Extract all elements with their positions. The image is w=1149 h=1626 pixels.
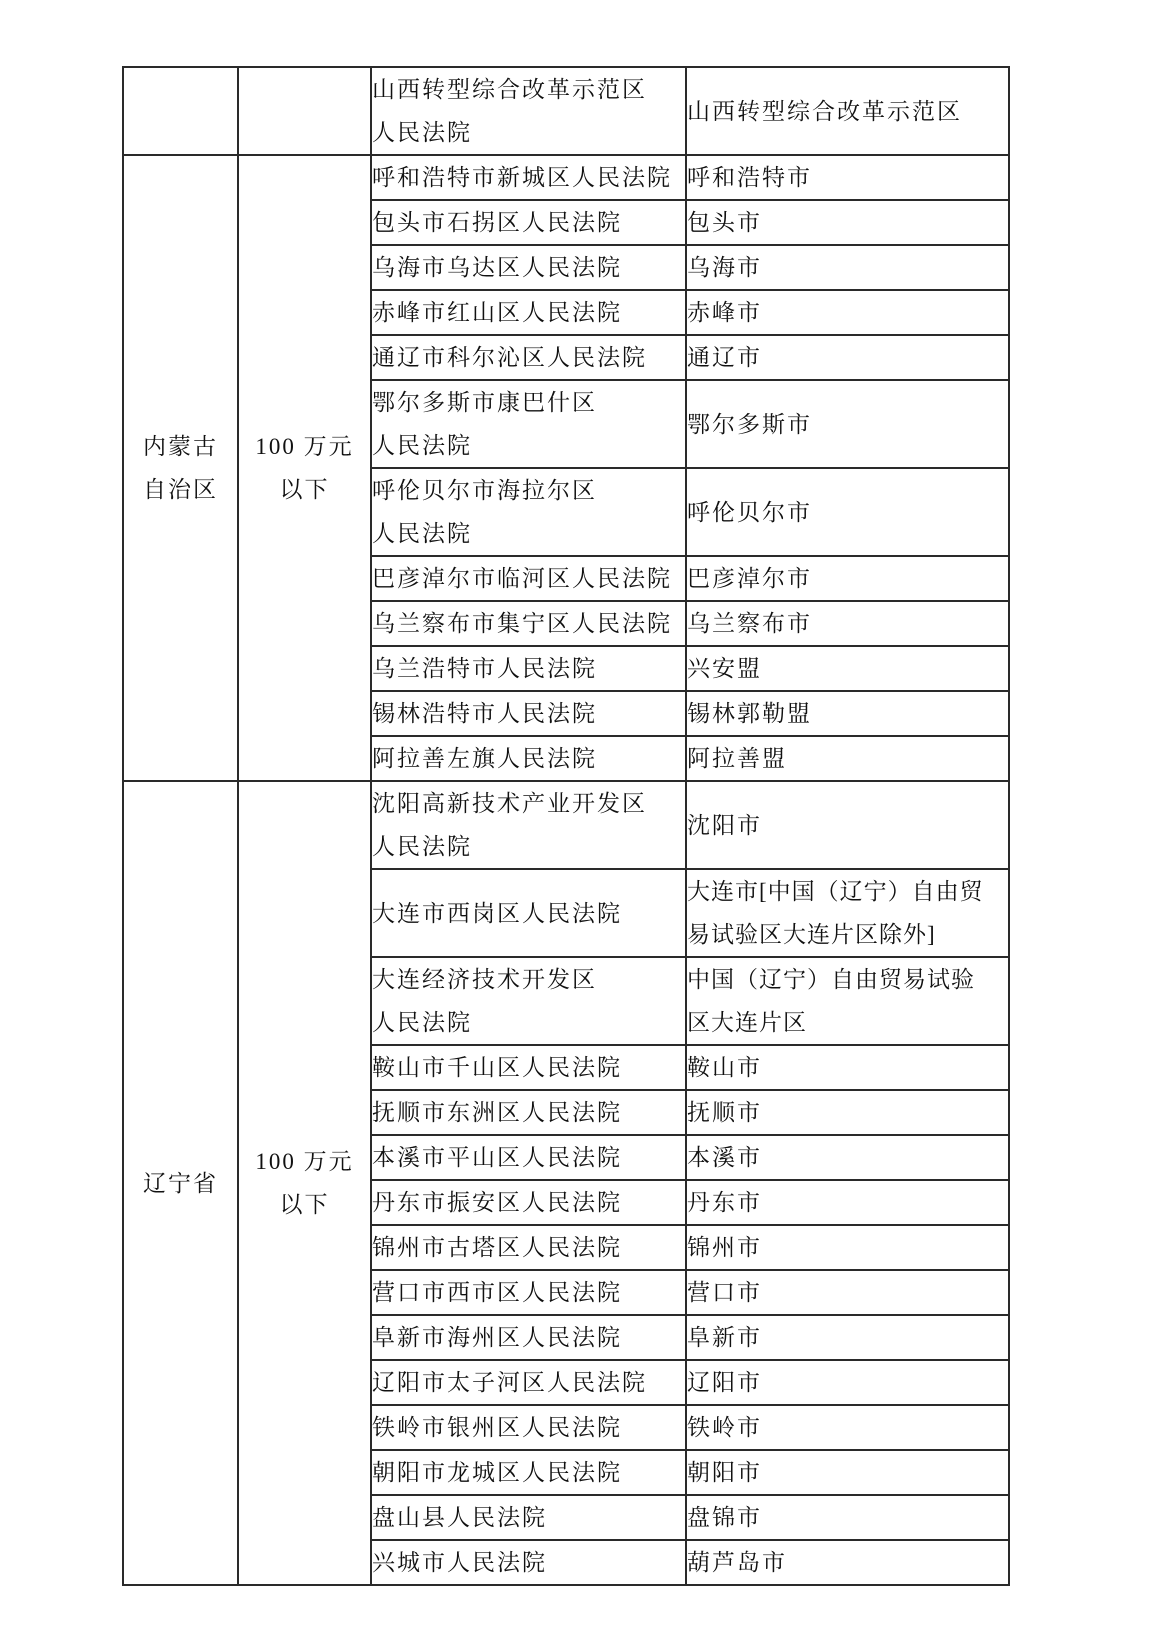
region-name-line: 葫芦岛市 bbox=[687, 1541, 1008, 1584]
table-row: 辽宁省 100 万元 以下 沈阳高新技术产业开发区 人民法院 沈阳市 bbox=[123, 781, 1009, 869]
court-name-line: 锡林浩特市人民法院 bbox=[372, 692, 685, 735]
court-cell: 阜新市海州区人民法院 bbox=[371, 1315, 686, 1360]
region-cell: 盘锦市 bbox=[686, 1495, 1009, 1540]
court-name-line: 乌海市乌达区人民法院 bbox=[372, 246, 685, 289]
region-name-line: 沈阳市 bbox=[687, 804, 1008, 847]
province-line: 内蒙古 bbox=[124, 425, 237, 468]
court-cell: 锦州市古塔区人民法院 bbox=[371, 1225, 686, 1270]
region-cell: 兴安盟 bbox=[686, 646, 1009, 691]
region-name-line: 大连市[中国（辽宁）自由贸 bbox=[687, 870, 1008, 913]
court-cell: 乌兰浩特市人民法院 bbox=[371, 646, 686, 691]
court-name-line: 大连经济技术开发区 bbox=[372, 958, 685, 1001]
region-cell: 乌海市 bbox=[686, 245, 1009, 290]
region-cell: 铁岭市 bbox=[686, 1405, 1009, 1450]
court-cell: 兴城市人民法院 bbox=[371, 1540, 686, 1585]
jurisdiction-table: 山西转型综合改革示范区 人民法院 山西转型综合改革示范区 内蒙古 自治区 100… bbox=[122, 66, 1010, 1586]
region-cell: 中国（辽宁）自由贸易试验 区大连片区 bbox=[686, 957, 1009, 1045]
court-cell: 本溪市平山区人民法院 bbox=[371, 1135, 686, 1180]
province-cell: 内蒙古 自治区 bbox=[123, 155, 238, 781]
table-row: 山西转型综合改革示范区 人民法院 山西转型综合改革示范区 bbox=[123, 67, 1009, 155]
court-name-line: 丹东市振安区人民法院 bbox=[372, 1181, 685, 1224]
threshold-cell: 100 万元 以下 bbox=[238, 781, 371, 1585]
region-name-line: 铁岭市 bbox=[687, 1406, 1008, 1449]
region-cell: 锦州市 bbox=[686, 1225, 1009, 1270]
region-name-line: 区大连片区 bbox=[687, 1001, 1008, 1044]
court-name-line: 赤峰市红山区人民法院 bbox=[372, 291, 685, 334]
region-name-line: 赤峰市 bbox=[687, 291, 1008, 334]
court-cell: 乌兰察布市集宁区人民法院 bbox=[371, 601, 686, 646]
province-cell-empty bbox=[123, 67, 238, 155]
region-cell: 呼伦贝尔市 bbox=[686, 468, 1009, 556]
court-cell: 呼和浩特市新城区人民法院 bbox=[371, 155, 686, 200]
court-cell: 包头市石拐区人民法院 bbox=[371, 200, 686, 245]
province-line: 自治区 bbox=[124, 468, 237, 511]
court-cell: 大连市西岗区人民法院 bbox=[371, 869, 686, 957]
court-name-line: 人民法院 bbox=[372, 111, 685, 154]
threshold-line: 100 万元 bbox=[239, 425, 370, 468]
court-name-line: 沈阳高新技术产业开发区 bbox=[372, 782, 685, 825]
province-cell: 辽宁省 bbox=[123, 781, 238, 1585]
court-name-line: 大连市西岗区人民法院 bbox=[372, 892, 685, 935]
court-name-line: 通辽市科尔沁区人民法院 bbox=[372, 336, 685, 379]
region-cell: 沈阳市 bbox=[686, 781, 1009, 869]
region-cell: 葫芦岛市 bbox=[686, 1540, 1009, 1585]
region-cell: 鞍山市 bbox=[686, 1045, 1009, 1090]
region-cell: 阜新市 bbox=[686, 1315, 1009, 1360]
region-name-line: 兴安盟 bbox=[687, 647, 1008, 690]
court-name-line: 山西转型综合改革示范区 bbox=[372, 68, 685, 111]
court-cell: 抚顺市东洲区人民法院 bbox=[371, 1090, 686, 1135]
court-cell: 辽阳市太子河区人民法院 bbox=[371, 1360, 686, 1405]
court-cell: 大连经济技术开发区 人民法院 bbox=[371, 957, 686, 1045]
region-cell: 阿拉善盟 bbox=[686, 736, 1009, 781]
court-cell: 盘山县人民法院 bbox=[371, 1495, 686, 1540]
region-name-line: 通辽市 bbox=[687, 336, 1008, 379]
region-cell: 辽阳市 bbox=[686, 1360, 1009, 1405]
court-cell: 巴彦淖尔市临河区人民法院 bbox=[371, 556, 686, 601]
region-cell: 本溪市 bbox=[686, 1135, 1009, 1180]
court-name-line: 人民法院 bbox=[372, 1001, 685, 1044]
region-name-line: 盘锦市 bbox=[687, 1496, 1008, 1539]
court-name-line: 锦州市古塔区人民法院 bbox=[372, 1226, 685, 1269]
court-cell: 铁岭市银州区人民法院 bbox=[371, 1405, 686, 1450]
court-name-line: 阿拉善左旗人民法院 bbox=[372, 737, 685, 780]
region-name-line: 乌兰察布市 bbox=[687, 602, 1008, 645]
court-name-line: 兴城市人民法院 bbox=[372, 1541, 685, 1584]
court-name-line: 抚顺市东洲区人民法院 bbox=[372, 1091, 685, 1134]
region-name-line: 抚顺市 bbox=[687, 1091, 1008, 1134]
region-name-line: 阿拉善盟 bbox=[687, 737, 1008, 780]
threshold-line: 100 万元 bbox=[239, 1140, 370, 1183]
court-cell: 营口市西市区人民法院 bbox=[371, 1270, 686, 1315]
court-name-line: 人民法院 bbox=[372, 825, 685, 868]
region-cell: 通辽市 bbox=[686, 335, 1009, 380]
court-cell: 丹东市振安区人民法院 bbox=[371, 1180, 686, 1225]
court-name-line: 鄂尔多斯市康巴什区 bbox=[372, 381, 685, 424]
region-name-line: 包头市 bbox=[687, 201, 1008, 244]
region-name-line: 易试验区大连片区除外] bbox=[687, 913, 1008, 956]
region-name-line: 鞍山市 bbox=[687, 1046, 1008, 1089]
court-cell: 呼伦贝尔市海拉尔区 人民法院 bbox=[371, 468, 686, 556]
court-name-line: 人民法院 bbox=[372, 424, 685, 467]
region-name-line: 朝阳市 bbox=[687, 1451, 1008, 1494]
court-name-line: 辽阳市太子河区人民法院 bbox=[372, 1361, 685, 1404]
region-cell: 抚顺市 bbox=[686, 1090, 1009, 1135]
region-cell: 巴彦淖尔市 bbox=[686, 556, 1009, 601]
region-cell: 山西转型综合改革示范区 bbox=[686, 67, 1009, 155]
region-name-line: 巴彦淖尔市 bbox=[687, 557, 1008, 600]
court-cell: 山西转型综合改革示范区 人民法院 bbox=[371, 67, 686, 155]
region-cell: 营口市 bbox=[686, 1270, 1009, 1315]
court-cell: 锡林浩特市人民法院 bbox=[371, 691, 686, 736]
region-name-line: 辽阳市 bbox=[687, 1361, 1008, 1404]
region-name-line: 山西转型综合改革示范区 bbox=[687, 90, 1008, 133]
court-name-line: 盘山县人民法院 bbox=[372, 1496, 685, 1539]
province-line: 辽宁省 bbox=[124, 1162, 237, 1205]
region-cell: 包头市 bbox=[686, 200, 1009, 245]
region-cell: 乌兰察布市 bbox=[686, 601, 1009, 646]
court-name-line: 乌兰察布市集宁区人民法院 bbox=[372, 602, 685, 645]
court-cell: 鄂尔多斯市康巴什区 人民法院 bbox=[371, 380, 686, 468]
region-name-line: 锦州市 bbox=[687, 1226, 1008, 1269]
region-cell: 呼和浩特市 bbox=[686, 155, 1009, 200]
court-name-line: 人民法院 bbox=[372, 512, 685, 555]
region-name-line: 呼伦贝尔市 bbox=[687, 491, 1008, 534]
region-name-line: 呼和浩特市 bbox=[687, 156, 1008, 199]
region-name-line: 乌海市 bbox=[687, 246, 1008, 289]
court-name-line: 包头市石拐区人民法院 bbox=[372, 201, 685, 244]
region-cell: 锡林郭勒盟 bbox=[686, 691, 1009, 736]
court-name-line: 乌兰浩特市人民法院 bbox=[372, 647, 685, 690]
court-cell: 通辽市科尔沁区人民法院 bbox=[371, 335, 686, 380]
document-page: 山西转型综合改革示范区 人民法院 山西转型综合改革示范区 内蒙古 自治区 100… bbox=[0, 0, 1149, 1626]
region-name-line: 营口市 bbox=[687, 1271, 1008, 1314]
region-name-line: 锡林郭勒盟 bbox=[687, 692, 1008, 735]
region-name-line: 丹东市 bbox=[687, 1181, 1008, 1224]
region-name-line: 中国（辽宁）自由贸易试验 bbox=[687, 958, 1008, 1001]
threshold-line: 以下 bbox=[239, 1183, 370, 1226]
region-cell: 赤峰市 bbox=[686, 290, 1009, 335]
court-cell: 阿拉善左旗人民法院 bbox=[371, 736, 686, 781]
region-cell: 大连市[中国（辽宁）自由贸 易试验区大连片区除外] bbox=[686, 869, 1009, 957]
court-cell: 乌海市乌达区人民法院 bbox=[371, 245, 686, 290]
court-name-line: 铁岭市银州区人民法院 bbox=[372, 1406, 685, 1449]
court-name-line: 朝阳市龙城区人民法院 bbox=[372, 1451, 685, 1494]
region-name-line: 阜新市 bbox=[687, 1316, 1008, 1359]
region-cell: 朝阳市 bbox=[686, 1450, 1009, 1495]
court-name-line: 巴彦淖尔市临河区人民法院 bbox=[372, 557, 685, 600]
region-cell: 丹东市 bbox=[686, 1180, 1009, 1225]
court-name-line: 本溪市平山区人民法院 bbox=[372, 1136, 685, 1179]
court-cell: 鞍山市千山区人民法院 bbox=[371, 1045, 686, 1090]
region-cell: 鄂尔多斯市 bbox=[686, 380, 1009, 468]
court-name-line: 呼伦贝尔市海拉尔区 bbox=[372, 469, 685, 512]
court-cell: 沈阳高新技术产业开发区 人民法院 bbox=[371, 781, 686, 869]
region-name-line: 本溪市 bbox=[687, 1136, 1008, 1179]
threshold-line: 以下 bbox=[239, 468, 370, 511]
region-name-line: 鄂尔多斯市 bbox=[687, 403, 1008, 446]
court-name-line: 鞍山市千山区人民法院 bbox=[372, 1046, 685, 1089]
court-name-line: 呼和浩特市新城区人民法院 bbox=[372, 156, 685, 199]
court-cell: 赤峰市红山区人民法院 bbox=[371, 290, 686, 335]
court-cell: 朝阳市龙城区人民法院 bbox=[371, 1450, 686, 1495]
table-row: 内蒙古 自治区 100 万元 以下 呼和浩特市新城区人民法院 呼和浩特市 bbox=[123, 155, 1009, 200]
threshold-cell-empty bbox=[238, 67, 371, 155]
court-name-line: 营口市西市区人民法院 bbox=[372, 1271, 685, 1314]
threshold-cell: 100 万元 以下 bbox=[238, 155, 371, 781]
court-name-line: 阜新市海州区人民法院 bbox=[372, 1316, 685, 1359]
